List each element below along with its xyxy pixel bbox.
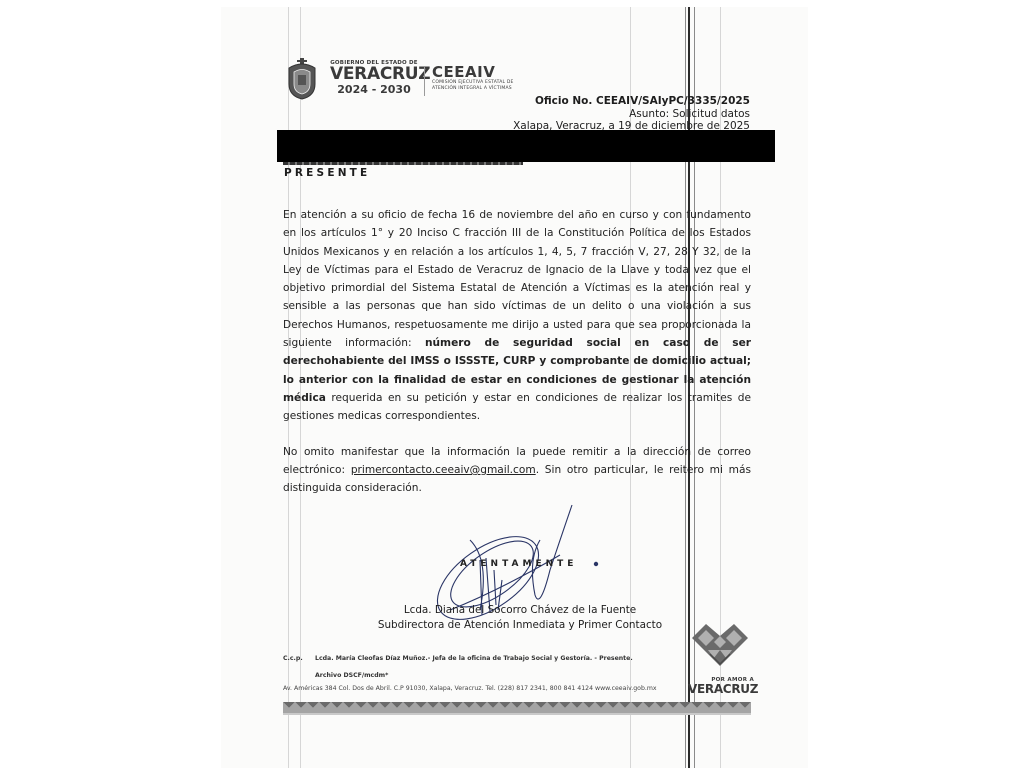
signer-name: Lcda. Diana del Socorro Chávez de la Fue… [342, 603, 698, 618]
gov-line-2: VERACRUZ [330, 66, 418, 83]
slogan-logo: POR AMOR A VERACRUZ [688, 677, 754, 695]
paragraph-2: No omito manifestar que la información l… [283, 443, 751, 498]
footer-band-edge [283, 713, 751, 715]
header-divider [424, 66, 425, 96]
agency-subtitle-1: COMISIÓN EJECUTIVA ESTATAL DE [432, 80, 514, 86]
asunto: Asunto: Solicitud datos [513, 108, 750, 121]
footer-address: Av. Américas 384 Col. Dos de Abril. C.P … [283, 685, 657, 692]
signer-block: Lcda. Diana del Socorro Chávez de la Fue… [342, 603, 698, 633]
archive-reference: Archivo DSCF/mcdm* [315, 672, 388, 679]
paragraph-1: En atención a su oficio de fecha 16 de n… [283, 206, 751, 426]
email-link[interactable]: primercontacto.ceeaiv@gmail.com [351, 464, 536, 476]
agency-logo: CEEAIV COMISIÓN EJECUTIVA ESTATAL DE ATE… [432, 64, 514, 91]
ccp-line: C.c.p.Lcda. María Cleofas Díaz Muñoz.- J… [283, 655, 633, 662]
signer-title: Subdirectora de Atención Inmediata y Pri… [342, 618, 698, 633]
redaction-bar [277, 130, 775, 162]
closing-atentamente: ATENTAMENTE [460, 559, 577, 569]
agency-subtitle-2: ATENCIÓN INTEGRAL A VÍCTIMAS [432, 86, 514, 92]
document-meta: Oficio No. CEEAIV/SAIyPC/3335/2025 Asunt… [513, 95, 750, 133]
ccp-label: C.c.p. [283, 655, 315, 662]
agency-name: CEEAIV [432, 64, 514, 80]
letter-body: En atención a su oficio de fecha 16 de n… [283, 206, 751, 497]
slogan-big: VERACRUZ [688, 683, 754, 695]
p1-text-end: requerida en su petición y estar en cond… [283, 392, 751, 422]
footer-zigzag-band [283, 702, 751, 713]
government-logo: GOBIERNO DEL ESTADO DE VERACRUZ 2024 - 2… [330, 60, 418, 96]
ccp-text: Lcda. María Cleofas Díaz Muñoz.- Jefa de… [315, 655, 633, 662]
gov-line-3: 2024 - 2030 [330, 83, 418, 96]
p1-text: En atención a su oficio de fecha 16 de n… [283, 209, 751, 349]
veracruz-coat-of-arms-icon [285, 58, 319, 100]
heart-logo-icon [690, 620, 750, 668]
oficio-number: Oficio No. CEEAIV/SAIyPC/3335/2025 [513, 95, 750, 108]
presente-label: PRESENTE [284, 167, 370, 179]
